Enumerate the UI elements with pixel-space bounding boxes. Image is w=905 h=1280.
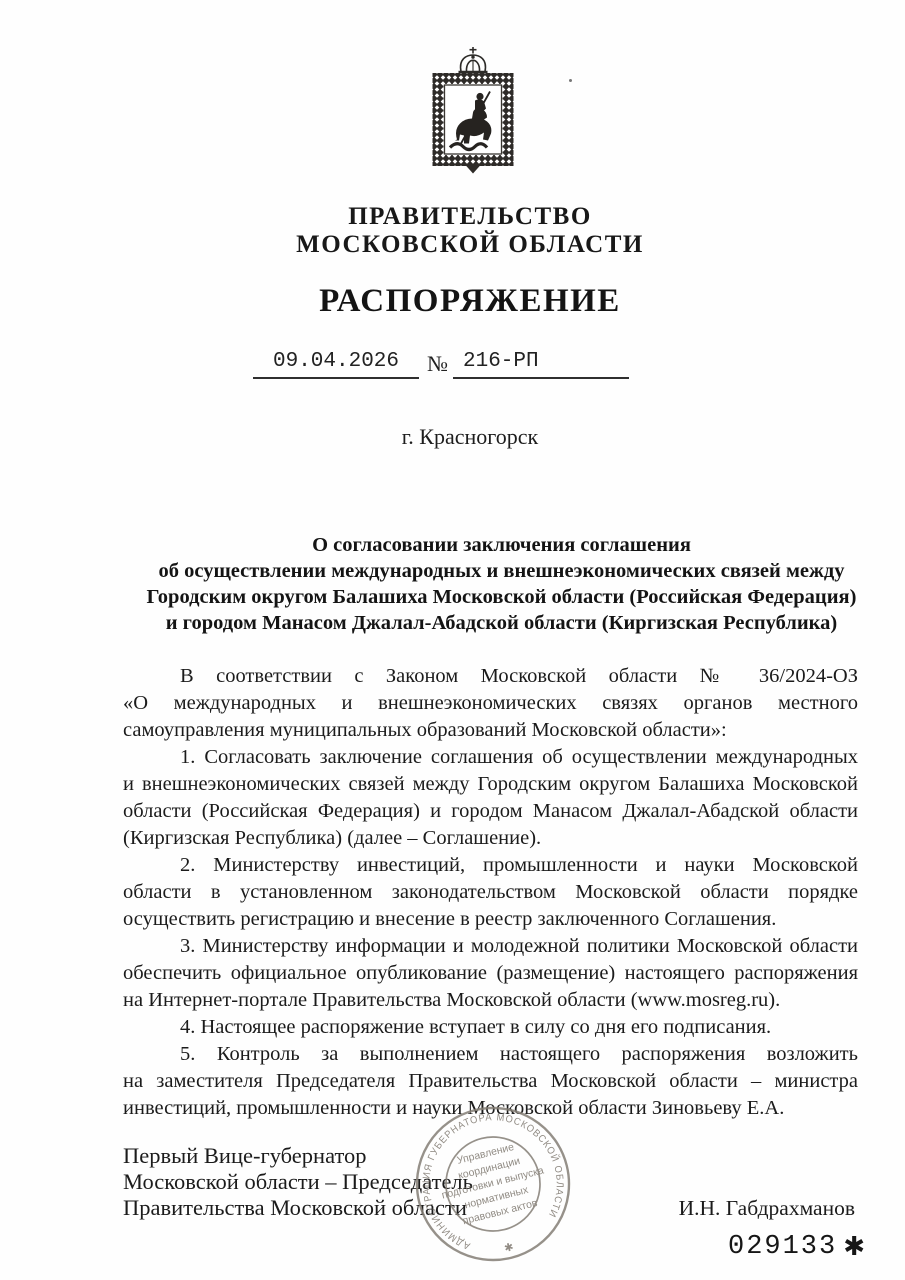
signatory-position-line: Первый Вице-губернатор bbox=[123, 1143, 543, 1169]
body-line: самоуправления муниципальных образований… bbox=[123, 717, 858, 744]
stamp-star-icon: ✱ bbox=[503, 1241, 515, 1255]
title-line: об осуществлении международных и внешнеэ… bbox=[123, 558, 880, 584]
signatory-position-line: Правительства Московской области bbox=[123, 1195, 543, 1221]
body-line: 3. Министерству информации и молодежной … bbox=[123, 933, 858, 960]
body-line: 1. Согласовать заключение соглашения об … bbox=[123, 744, 858, 771]
body-line: 4. Настоящее распоряжение вступает в сил… bbox=[123, 1014, 858, 1041]
title-line: Городским округом Балашиха Московской об… bbox=[123, 584, 880, 610]
title-line: О согласовании заключения соглашения bbox=[123, 532, 880, 558]
body-line: 2. Министерству инвестиций, промышленнос… bbox=[123, 852, 858, 879]
signatory-position: Первый Вице-губернатор Московской област… bbox=[123, 1143, 543, 1221]
scan-speck bbox=[569, 79, 572, 82]
blank-number-digits: 029133 bbox=[728, 1232, 837, 1262]
body-line: на заместителя Председателя Правительств… bbox=[123, 1068, 858, 1095]
title-line: и городом Манасом Джалал-Абадской област… bbox=[123, 610, 880, 636]
body-line: обеспечить официальное опубликование (ра… bbox=[123, 960, 858, 987]
body-line: на Интернет-портале Правительства Москов… bbox=[123, 987, 858, 1014]
date-number-row: 09.04.2026 № 216-РП bbox=[253, 350, 629, 379]
document-type-heading: РАСПОРЯЖЕНИЕ bbox=[35, 283, 905, 320]
date-field: 09.04.2026 bbox=[253, 350, 419, 379]
number-sign-label: № bbox=[427, 351, 448, 377]
document-page: ПРАВИТЕЛЬСТВО МОСКОВСКОЙ ОБЛАСТИ РАСПОРЯ… bbox=[0, 0, 905, 1280]
signatory-position-line: Московской области – Председатель bbox=[123, 1169, 543, 1195]
crown-icon bbox=[459, 47, 488, 72]
org-name: ПРАВИТЕЛЬСТВО МОСКОВСКОЙ ОБЛАСТИ bbox=[35, 203, 905, 259]
body-line: области в установленном законодательство… bbox=[123, 879, 858, 906]
document-number-field: 216-РП bbox=[453, 350, 629, 379]
org-line-1: ПРАВИТЕЛЬСТВО bbox=[35, 203, 905, 231]
document-body: В соответствии с Законом Московской обла… bbox=[123, 663, 858, 1122]
body-line: «О международных и внешнеэкономических с… bbox=[123, 690, 858, 717]
body-line: инвестиций, промышленности и науки Моско… bbox=[123, 1095, 858, 1122]
org-line-2: МОСКОВСКОЙ ОБЛАСТИ bbox=[35, 231, 905, 259]
body-line: области (Российская Федерация) и городом… bbox=[123, 798, 858, 825]
blank-registration-number: 029133 ✱ bbox=[728, 1232, 865, 1262]
body-line: осуществить регистрацию и внесение в рее… bbox=[123, 906, 858, 933]
city-line: г. Красногорск bbox=[35, 424, 905, 450]
body-line: и внешнеэкономических связей между Город… bbox=[123, 771, 858, 798]
document-title: О согласовании заключения соглашения об … bbox=[123, 532, 880, 636]
body-line: (Киргизская Республика) (далее – Соглаше… bbox=[123, 825, 858, 852]
signatory-name: И.Н. Габдрахманов bbox=[679, 1196, 855, 1221]
body-line: В соответствии с Законом Московской обла… bbox=[123, 663, 858, 690]
moscow-oblast-coat-of-arms-icon bbox=[428, 44, 518, 177]
star-icon: ✱ bbox=[843, 1232, 865, 1262]
body-line: 5. Контроль за выполнением настоящего ра… bbox=[123, 1041, 858, 1068]
